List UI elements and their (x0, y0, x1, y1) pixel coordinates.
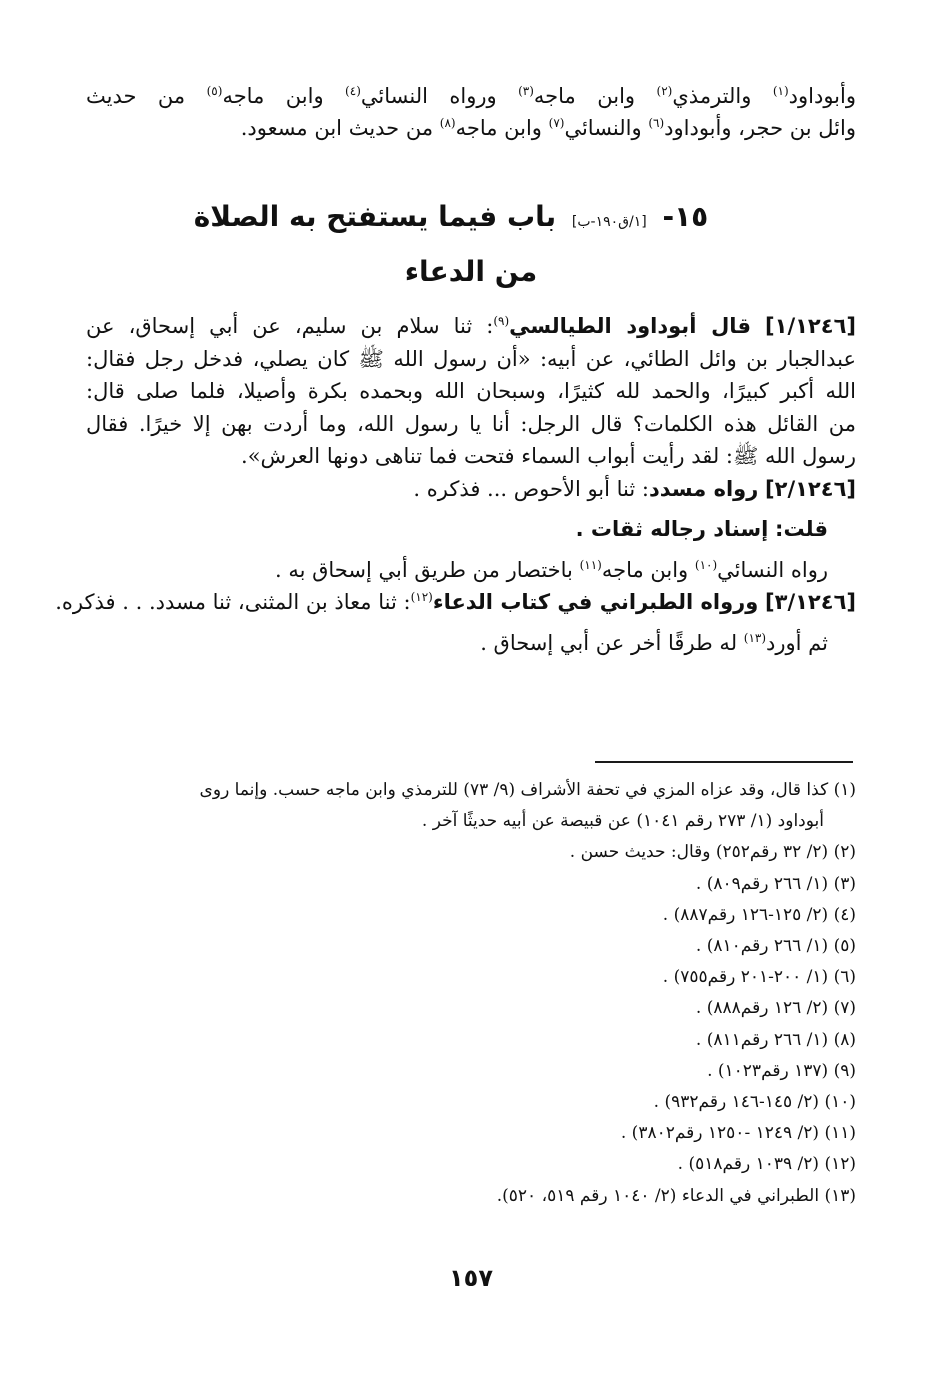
text-run: ثم أورد (766, 631, 828, 655)
footnote-number: (١٢) (819, 1154, 856, 1174)
footnote-text: (١/ ٢٦٦ رقم٨٠٩) . (696, 874, 828, 894)
footnotes: (١) كذا قال، وقد عزاه المزي في تحفة الأش… (86, 775, 856, 1212)
footnote-item: (١) كذا قال، وقد عزاه المزي في تحفة الأش… (86, 775, 856, 806)
hadith-1-line-3: الله أكبر كبيرًا، والحمد لله كثيرًا، وسب… (86, 375, 856, 408)
footnote-text: (٢/ ١٤٥-١٤٦ رقم٩٣٢) . (654, 1092, 819, 1112)
footnote-item: (٨) (١/ ٢٦٦ رقم٨١١) . (86, 1025, 856, 1056)
text-run: باختصار من طريق أبي إسحاق به . (275, 558, 580, 582)
text-line: وأبوداود(١) والترمذي(٢) وابن ماجه(٣) ورو… (86, 80, 856, 112)
footnote-item: (١٠) (٢/ ١٤٥-١٤٦ رقم٩٣٢) . (86, 1087, 856, 1118)
text-run: والنسائي (564, 116, 648, 140)
footnote-item: (٢) (٢/ ٣٢ رقم٢٥٢) وقال: حديث حسن . (86, 837, 856, 868)
footnote-number: (١١) (819, 1123, 856, 1143)
footnote-text: (٢/ ١٢٥-١٢٦ رقم٨٨٧) . (663, 905, 828, 925)
chapter-title-line-1: باب فيما يستفتح به الصلاة (194, 200, 556, 233)
footnote-item: (٣) (١/ ٢٦٦ رقم٨٠٩) . (86, 869, 856, 900)
footnote-marker[interactable]: (٧) (549, 116, 565, 130)
footnote-text: (٢/ ١٢٦ رقم٨٨٨) . (696, 998, 828, 1018)
hadith-1-line-1: [١/١٢٤٦] قال أبوداود الطيالسي(٩): ثنا سل… (86, 310, 856, 343)
text-run: وائل بن حجر، وأبوداود (664, 116, 856, 140)
text-run: وأبوداود (789, 84, 856, 108)
footnote-marker[interactable]: (١٢) (411, 590, 433, 604)
hadith-1-line-5: رسول الله ﷺ: لقد رأيت أبواب السماء فتحت … (86, 440, 856, 473)
hadith-2: [٢/١٢٤٦] رواه مسدد: ثنا أبو الأحوص ... ف… (86, 473, 856, 506)
text-run: له طرقًا أخر عن أبي إسحاق . (480, 631, 744, 655)
footnote-number: (١) (828, 780, 856, 800)
author-comment: قلت: إسناد رجاله ثقات . (86, 513, 856, 546)
footnote-marker[interactable]: (٥) (207, 84, 223, 98)
footnote-text: (٢/ ٣٢ رقم٢٥٢) وقال: حديث حسن . (570, 842, 828, 862)
footnote-marker[interactable]: (١٠) (695, 558, 717, 572)
continuation-paragraph: وأبوداود(١) والترمذي(٢) وابن ماجه(٣) ورو… (86, 80, 856, 144)
footnote-item: (٥) (١/ ٢٦٦ رقم٨١٠) . (86, 931, 856, 962)
hadith-lead: ورواه الطبراني في كتاب الدعاء (433, 590, 759, 614)
footnote-number: (٧) (828, 998, 856, 1018)
text-run: وابن ماجه (456, 116, 549, 140)
footnote-number: (٦) (828, 967, 856, 987)
footnote-text: (١٣٧ رقم١٠٢٣) . (707, 1061, 828, 1081)
footnote-text: (١/ ٢٦٦ رقم٨١١) . (696, 1030, 828, 1050)
text-run: وابن ماجه (534, 84, 657, 108)
footnote-marker[interactable]: (٢) (657, 84, 673, 98)
text-run: من حديث (86, 84, 207, 108)
footnote-marker[interactable]: (٤) (345, 84, 361, 98)
footnote-marker[interactable]: (٣) (518, 84, 534, 98)
footnote-number: (٨) (828, 1030, 856, 1050)
footnote-text: (١/ ٢٠٠-٢٠١ رقم٧٥٥) . (663, 967, 828, 987)
footnote-text: (٢/ ١٢٤٩ -١٢٥٠ رقم٣٨٠٢) . (621, 1123, 819, 1143)
chapter-title-line-2: من الدعاء (405, 255, 538, 288)
hadith-ref: [١/١٢٤٦] (765, 314, 856, 338)
text-run: رواه النسائي (717, 558, 828, 582)
footnote-number: (٤) (828, 905, 856, 925)
hadith-3: [٣/١٢٤٦] ورواه الطبراني في كتاب الدعاء(١… (86, 586, 856, 619)
closing-line: ثم أورد(١٣) له طرقًا أخر عن أبي إسحاق . (86, 627, 856, 660)
text-run: وابن ماجه (222, 84, 345, 108)
footnote-item: (١٣) الطبراني في الدعاء (٢/ ١٠٤٠ رقم ٥١٩… (86, 1181, 856, 1212)
hadith-1-line-4: من القائل هذه الكلمات؟ قال الرجل: أنا يا… (86, 408, 856, 441)
chapter-heading: ١٥- [١/ق١٩٠-ب] باب فيما يستفتح به الصلاة… (0, 192, 942, 297)
footnote-number: (٢) (828, 842, 856, 862)
footnote-marker[interactable]: (١) (773, 84, 789, 98)
footnote-marker[interactable]: (١١) (580, 558, 602, 572)
footnote-number: (٥) (828, 936, 856, 956)
takhrij-line: رواه النسائي(١٠) وابن ماجه(١١) باختصار م… (86, 554, 856, 587)
comment-label: قلت: (775, 517, 828, 541)
footnote-number: (١٣) (819, 1186, 856, 1206)
footnote-continuation: أبوداود (١/ ٢٧٣ رقم ١٠٤١) عن قبيصة عن أب… (86, 806, 856, 837)
text-line: وائل بن حجر، وأبوداود(٦) والنسائي(٧) واب… (86, 112, 856, 144)
footnote-item: (٤) (٢/ ١٢٥-١٢٦ رقم٨٨٧) . (86, 900, 856, 931)
narrator: قال أبوداود الطيالسي (509, 314, 751, 338)
footnote-marker[interactable]: (١٣) (744, 631, 766, 645)
footnote-number: (١٠) (819, 1092, 856, 1112)
hadith-lead: رواه مسدد (649, 477, 758, 501)
footnote-separator (595, 761, 853, 763)
footnote-text: الطبراني في الدعاء (٢/ ١٠٤٠ رقم ٥١٩، ٥٢٠… (497, 1186, 819, 1206)
footnote-marker[interactable]: (٨) (440, 116, 456, 130)
main-text: [١/١٢٤٦] قال أبوداود الطيالسي(٩): ثنا سل… (86, 310, 856, 659)
footnote-item: (٩) (١٣٧ رقم١٠٢٣) . (86, 1056, 856, 1087)
hadith-text: : ثنا سلام بن سليم، عن أبي إسحاق، عن (86, 314, 493, 338)
hadith-text: : ثنا أبو الأحوص ... فذكره . (413, 477, 649, 501)
footnote-item: (٧) (٢/ ١٢٦ رقم٨٨٨) . (86, 993, 856, 1024)
page-number: ١٥٧ (0, 1264, 942, 1292)
hadith-ref: [٣/١٢٤٦] (765, 590, 856, 614)
text-run: والترمذي (672, 84, 772, 108)
footnote-item: (١١) (٢/ ١٢٤٩ -١٢٥٠ رقم٣٨٠٢) . (86, 1118, 856, 1149)
comment-text: إسناد رجاله ثقات . (576, 517, 769, 541)
footnote-number: (٩) (828, 1061, 856, 1081)
text-run: وابن ماجه (602, 558, 695, 582)
footnote-marker[interactable]: (٦) (648, 116, 664, 130)
footnote-text: (٢/ ١٠٣٩ رقم٥١٨) . (678, 1154, 819, 1174)
manuscript-reference: [١/ق١٩٠-ب] (572, 214, 647, 230)
hadith-1-line-2: عبدالجبار بن وائل الطائي، عن أبيه: «أن ر… (86, 343, 856, 376)
footnote-item: (١٢) (٢/ ١٠٣٩ رقم٥١٨) . (86, 1149, 856, 1180)
hadith-ref: [٢/١٢٤٦] (765, 477, 856, 501)
footnote-text: (١/ ٢٦٦ رقم٨١٠) . (696, 936, 828, 956)
footnote-item: (٦) (١/ ٢٠٠-٢٠١ رقم٧٥٥) . (86, 962, 856, 993)
book-page: وأبوداود(١) والترمذي(٢) وابن ماجه(٣) ورو… (0, 0, 942, 1380)
footnote-marker[interactable]: (٩) (493, 314, 509, 328)
hadith-text: : ثنا معاذ بن المثنى، ثنا مسدد. . . فذكر… (55, 590, 410, 614)
text-run: ورواه النسائي (361, 84, 518, 108)
footnote-number: (٣) (828, 874, 856, 894)
text-run: من حديث ابن مسعود. (241, 116, 440, 140)
chapter-number: ١٥- (662, 200, 708, 233)
heading-line-1: ١٥- [١/ق١٩٠-ب] باب فيما يستفتح به الصلاة (0, 192, 942, 247)
footnote-text: كذا قال، وقد عزاه المزي في تحفة الأشراف … (200, 780, 829, 800)
